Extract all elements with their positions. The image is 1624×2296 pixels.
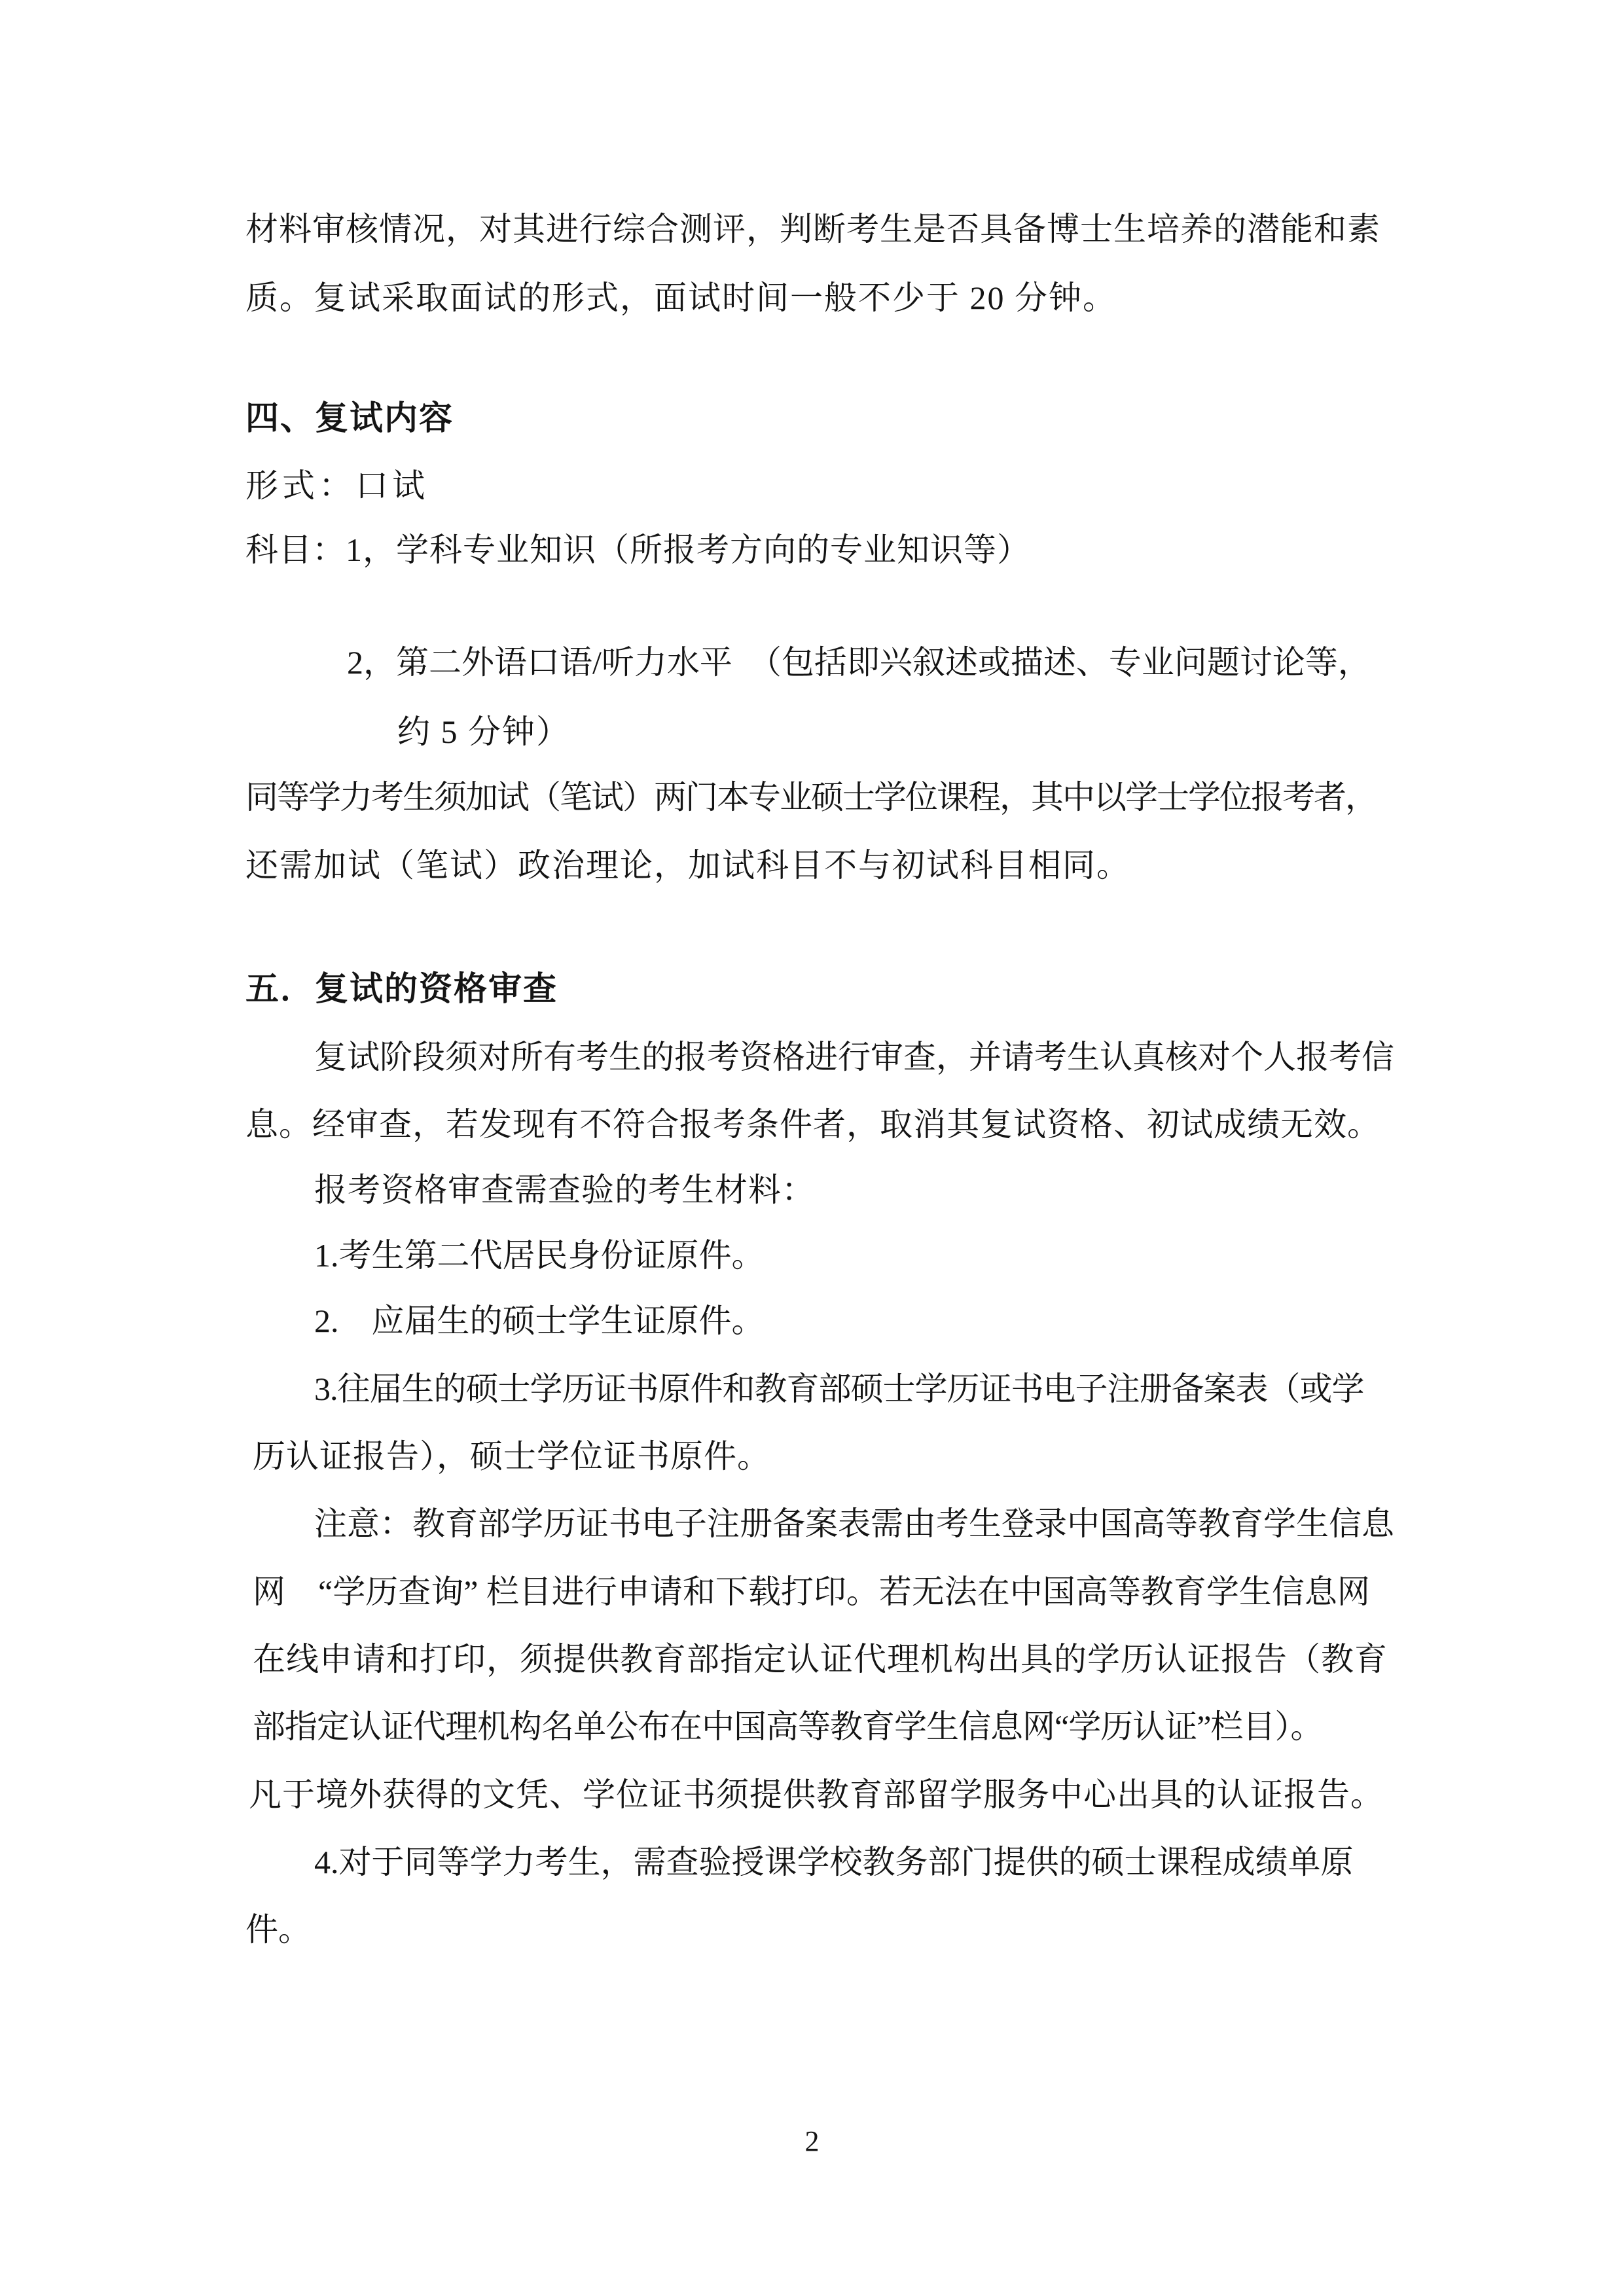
list-item-3: 3.往届生的硕士学历证书原件和教育部硕士学历证书电子注册备案表（或学	[314, 1356, 1364, 1422]
note-line: 注意：教育部学历证书电子注册备案表需由考生登录中国高等教育学生信息	[314, 1491, 1394, 1556]
text-line: 在线申请和打印，须提供教育部指定认证代理机构出具的学历认证报告（教育	[253, 1626, 1388, 1692]
section-4-heading: 四、复试内容	[245, 386, 454, 452]
section-5-heading: 五．复试的资格审查	[245, 957, 558, 1022]
text-line: 科目：1，学科专业知识（所报考方向的专业知识等）	[245, 517, 1030, 583]
text-line: 部指定认证代理机构名单公布在中国高等教育学生信息网“学历认证”栏目）。	[253, 1694, 1322, 1759]
text-line: 2，第二外语口语/听力水平 （包括即兴叙述或描述、专业问题讨论等，	[347, 630, 1371, 695]
text-line: 息。经审查，若发现有不符合报考条件者，取消其复试资格、初试成绩无效。	[245, 1092, 1380, 1157]
text-line: 约 5 分钟）	[397, 699, 570, 764]
text-line: 同等学力考生须加试（笔试）两门本专业硕士学位课程，其中以学士学位报考者，	[245, 764, 1377, 830]
document-page: 材料审核情况，对其进行综合测评，判断考生是否具备博士生培养的潜能和素 质。复试采…	[0, 0, 1624, 2296]
text-line: 还需加试（笔试）政治理论，加试科目不与初试科目相同。	[245, 833, 1130, 898]
text-line: 报考资格审查需查验的考生材料：	[314, 1157, 815, 1223]
text-line: 形式：口试	[245, 453, 429, 518]
text-line: 凡于境外获得的文凭、学位证书须提供教育部留学服务中心出具的认证报告。	[249, 1762, 1384, 1827]
list-item-4: 4.对于同等学力考生，需查验授课学校教务部门提供的硕士课程成绩单原	[314, 1829, 1354, 1895]
text-line: 质。复试采取面试的形式，面试时间一般不少于 20 分钟。	[245, 265, 1117, 331]
text-line: 历认证报告），硕士学位证书原件。	[253, 1424, 770, 1489]
list-item-2: 2. 应届生的硕士学生证原件。	[314, 1288, 765, 1354]
text-line: 件。	[245, 1897, 311, 1962]
page-number: 2	[0, 2109, 1624, 2174]
text-line: 网 “学历查询” 栏目进行申请和下载打印。若无法在中国高等教育学生信息网	[253, 1559, 1370, 1624]
list-item-1: 1.考生第二代居民身份证原件。	[314, 1223, 765, 1288]
text-line: 材料审核情况，对其进行综合测评，判断考生是否具备博士生培养的潜能和素	[245, 196, 1380, 262]
text-line: 复试阶段须对所有考生的报考资格进行审查，并请考生认真核对个人报考信	[314, 1024, 1394, 1090]
